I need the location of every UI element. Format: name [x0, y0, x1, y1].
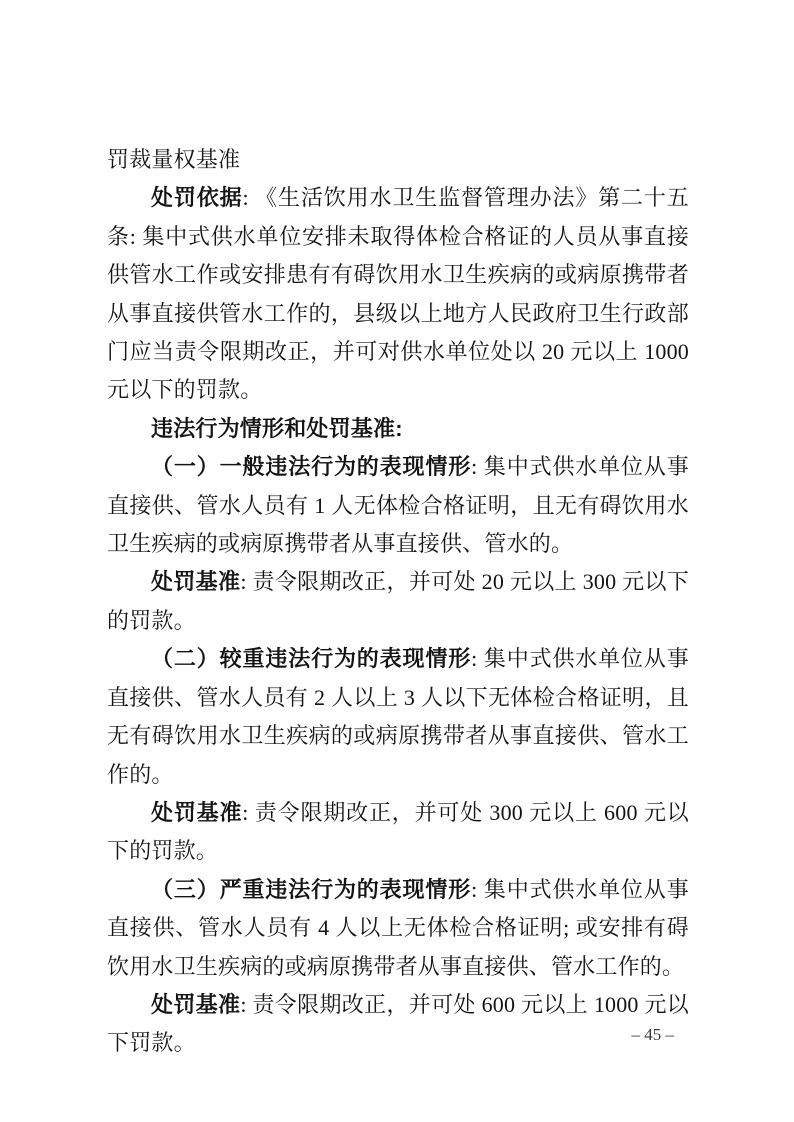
paragraph-lead: （一）一般违法行为的表现情形 — [151, 454, 471, 479]
paragraph-violation-level-3: （三）严重违法行为的表现情形: 集中式供水单位从事直接供、管水人员有 4 人以上… — [107, 871, 689, 986]
document-page: 罚裁量权基准 处罚依据: 《生活饮用水卫生监督管理办法》第二十五条: 集中式供水… — [0, 0, 794, 1122]
page-number: – 45 – — [632, 1024, 675, 1046]
paragraph-header-fragment: 罚裁量权基准 — [107, 141, 689, 179]
paragraph-lead: 处罚依据 — [151, 185, 242, 210]
paragraph-lead: （三）严重违法行为的表现情形 — [151, 877, 471, 902]
document-body: 罚裁量权基准 处罚依据: 《生活饮用水卫生监督管理办法》第二十五条: 集中式供水… — [107, 141, 689, 1063]
paragraph-violation-level-2: （二）较重违法行为的表现情形: 集中式供水单位从事直接供、管水人员有 2 人以上… — [107, 640, 689, 794]
paragraph-lead: 违法行为情形和处罚基准: — [151, 416, 403, 441]
paragraph-penalty-standard-3: 处罚基准: 责令限期改正，并可处 600 元以上 1000 元以下罚款。 — [107, 986, 689, 1063]
paragraph-penalty-basis: 处罚依据: 《生活饮用水卫生监督管理办法》第二十五条: 集中式供水单位安排未取得… — [107, 179, 689, 409]
paragraph-section-heading: 违法行为情形和处罚基准: — [107, 410, 689, 448]
paragraph-text: 罚裁量权基准 — [107, 147, 240, 172]
paragraph-violation-level-1: （一）一般违法行为的表现情形: 集中式供水单位从事直接供、管水人员有 1 人无体… — [107, 448, 689, 563]
paragraph-lead: 处罚基准 — [151, 569, 240, 594]
paragraph-lead: （二）较重违法行为的表现情形 — [151, 646, 471, 671]
paragraph-penalty-standard-2: 处罚基准: 责令限期改正，并可处 300 元以上 600 元以下的罚款。 — [107, 794, 689, 871]
paragraph-lead: 处罚基准 — [151, 992, 240, 1017]
paragraph-penalty-standard-1: 处罚基准: 责令限期改正，并可处 20 元以上 300 元以下的罚款。 — [107, 563, 689, 640]
paragraph-text: : 《生活饮用水卫生监督管理办法》第二十五条: 集中式供水单位安排未取得体检合格… — [107, 185, 689, 402]
paragraph-lead: 处罚基准 — [151, 800, 242, 825]
